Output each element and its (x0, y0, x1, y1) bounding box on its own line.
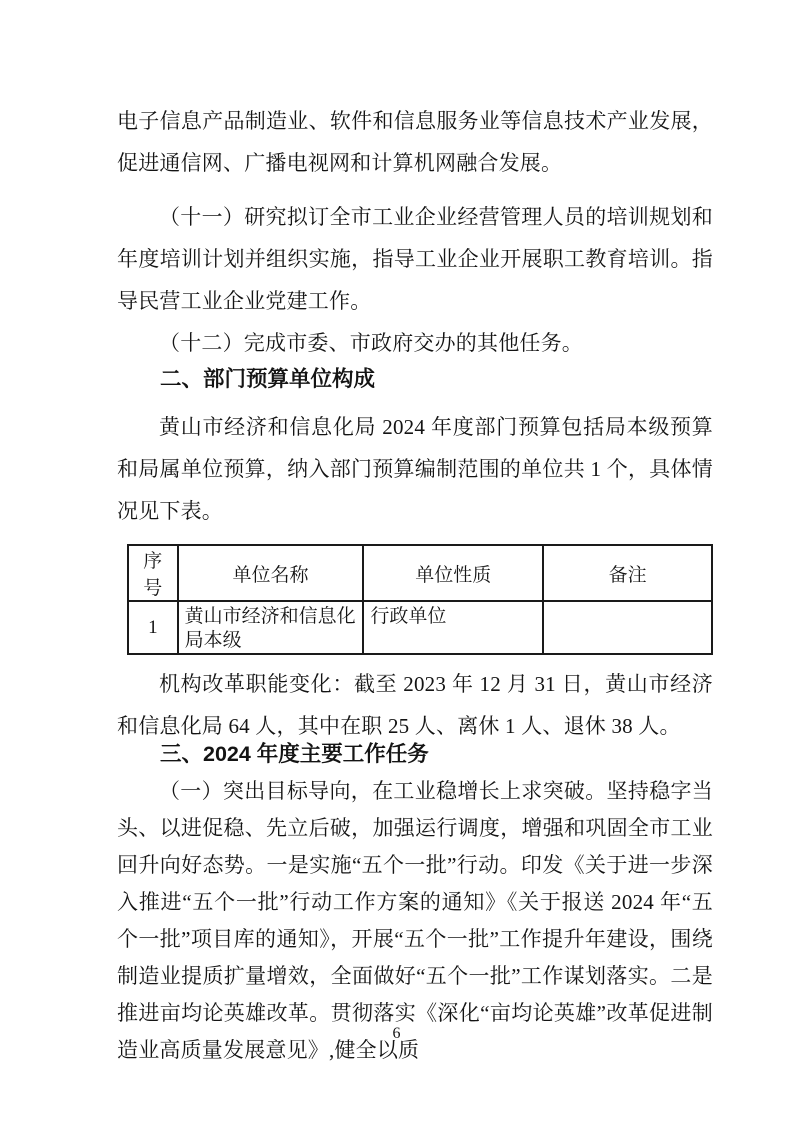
budget-units-table: 序号 单位名称 单位性质 备注 1 黄山市经济和信息化局本级 行政单位 (127, 544, 713, 655)
page-number: 6 (0, 1024, 793, 1044)
section-heading-budget-units: 二、部门预算单位构成 (117, 360, 713, 398)
paragraph-continuation: 电子信息产品制造业、软件和信息服务业等信息技术产业发展，促进通信网、广播电视网和… (117, 100, 713, 184)
table-row: 1 黄山市经济和信息化局本级 行政单位 (128, 601, 712, 654)
paragraph-item-12: （十二）完成市委、市政府交办的其他任务。 (117, 322, 713, 364)
header-cell-note: 备注 (543, 545, 712, 601)
cell-unit-name: 黄山市经济和信息化局本级 (178, 601, 364, 654)
text-column: 电子信息产品制造业、软件和信息服务业等信息技术产业发展，促进通信网、广播电视网和… (117, 100, 713, 1069)
cell-note (543, 601, 712, 654)
table-header-row: 序号 单位名称 单位性质 备注 (128, 545, 712, 601)
cell-unit-type: 行政单位 (363, 601, 543, 654)
header-cell-type: 单位性质 (363, 545, 543, 601)
header-cell-name: 单位名称 (178, 545, 364, 601)
paragraph-budget-overview: 黄山市经济和信息化局 2024 年度部门预算包括局本级预算和局属单位预算，纳入部… (117, 406, 713, 532)
cell-seq: 1 (128, 601, 178, 654)
header-cell-seq: 序号 (128, 545, 178, 601)
document-page: 电子信息产品制造业、软件和信息服务业等信息技术产业发展，促进通信网、广播电视网和… (0, 0, 793, 1122)
paragraph-item-11: （十一）研究拟订全市工业企业经营管理人员的培训规划和年度培训计划并组织实施，指导… (117, 196, 713, 322)
